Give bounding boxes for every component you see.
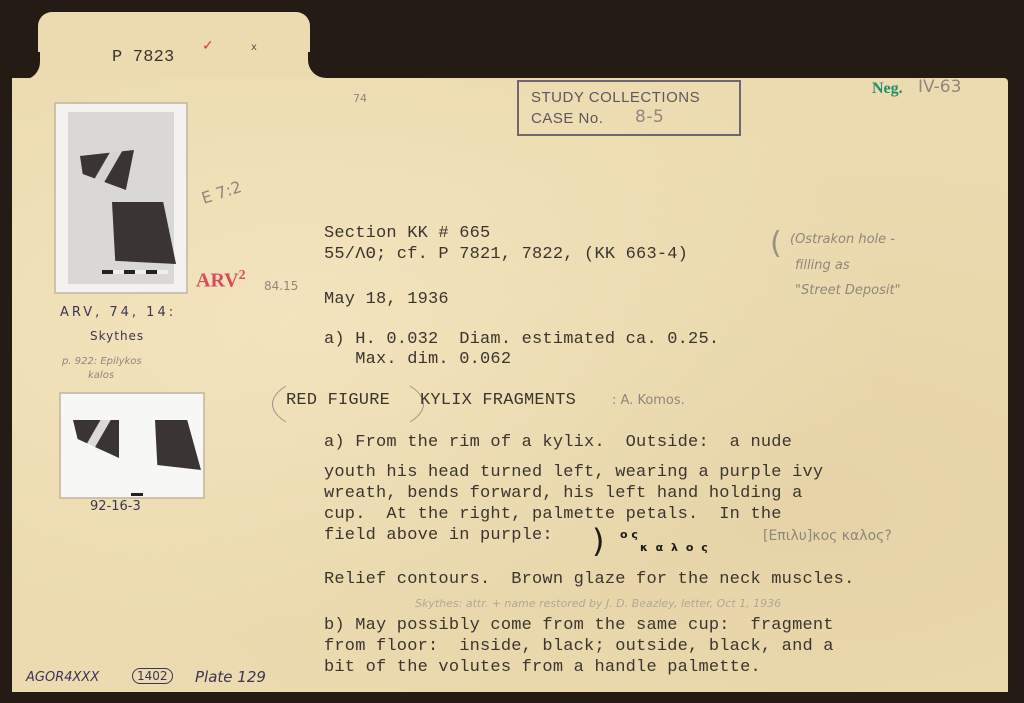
photo-fragments-small — [60, 393, 204, 498]
bottom-note-circled: 1402 — [132, 668, 173, 684]
study-collections-stamp: STUDY COLLECTIONS CASE No. 8-5 — [517, 80, 741, 136]
desc-a-line2: youth his head turned left, wearing a pu… — [324, 463, 823, 482]
catalog-number: P 7823 — [112, 48, 174, 67]
relief-line: Relief contours. Brown glaze for the nec… — [324, 570, 855, 589]
x-mark: x — [251, 42, 257, 53]
desc-a-line1: a) From the rim of a kylix. Outside: a n… — [324, 433, 792, 452]
arv-text: ARV — [196, 270, 239, 292]
desc-b-line3: bit of the volutes from a handle palmett… — [324, 658, 761, 677]
date-line: May 18, 1936 — [324, 290, 449, 309]
arv-74-14-note: ARV, 74, 14: — [60, 305, 176, 320]
fragment-a-small-image — [73, 420, 119, 458]
ink-bracket: ) — [592, 522, 604, 560]
desc-a-line3: wreath, bends forward, his left hand hol… — [324, 484, 802, 503]
reference-line: 55/ΛΘ; cf. P 7821, 7822, (KK 663-4) — [324, 245, 688, 264]
kalos-note: kalos — [88, 370, 114, 381]
stamp-line1: STUDY COLLECTIONS — [531, 89, 700, 106]
plate-note: Plate 129 — [195, 668, 266, 686]
arv-label: ARV2 — [196, 268, 246, 293]
bottom-note-prefix: AGOR4XXX — [26, 670, 99, 685]
neg-label: Neg. — [872, 80, 903, 98]
heading-kylix-fragments: KYLIX FRAGMENTS — [420, 391, 576, 410]
case-number: 8-5 — [635, 107, 664, 127]
dimensions-line2: Max. dim. 0.062 — [324, 350, 511, 369]
margin-note-line1: (Ostrakon hole - — [790, 232, 895, 247]
scale-mark — [131, 493, 143, 496]
margin-note-line3: "Street Deposit" — [795, 283, 901, 298]
desc-a-line5: field above in purple: — [324, 526, 553, 545]
p922-note: p. 922: Epilykos — [62, 356, 142, 367]
margin-paren: ( — [770, 226, 782, 261]
photo-fragments-large — [55, 103, 187, 293]
arv-superscript: 2 — [239, 268, 246, 283]
fragment-b-small-image — [155, 420, 201, 470]
tab-corner-right — [306, 54, 336, 80]
heading-pencil-komos: : A. Komos. — [612, 393, 685, 408]
dimensions-line1: a) H. 0.032 Diam. estimated ca. 0.25. — [324, 330, 719, 349]
margin-note-line2: filling as — [795, 258, 850, 273]
desc-b-line2: from floor: inside, black; outside, blac… — [324, 637, 834, 656]
neg-number: IV-63 — [918, 77, 961, 97]
pencil-skythes-note: Skythes: attr. + name restored by J. D. … — [415, 597, 781, 610]
desc-b-line1: b) May possibly come from the same cup: … — [324, 616, 834, 635]
check-mark-icon: ✓ — [202, 38, 214, 54]
photo-number: 92-16-3 — [90, 499, 141, 514]
desc-a-line4: cup. At the right, palmette petals. In t… — [324, 505, 782, 524]
stamp-case-label: CASE No. — [531, 110, 603, 127]
pencil-greek-note: [Επιλυ]κος καλος? — [763, 528, 892, 544]
skythes-note: Skythes — [90, 329, 144, 343]
card-tab — [38, 12, 310, 82]
pencil-74: 74 — [353, 92, 367, 105]
greek-inscription-top: ο ς — [620, 528, 638, 541]
scale-bar — [102, 270, 168, 274]
greek-inscription-bottom: κ α λ ο ς — [640, 541, 710, 554]
heading-red-figure: RED FIGURE — [286, 391, 390, 410]
section-line: Section KK # 665 — [324, 224, 490, 243]
arv-ref: 84.15 — [264, 279, 298, 293]
